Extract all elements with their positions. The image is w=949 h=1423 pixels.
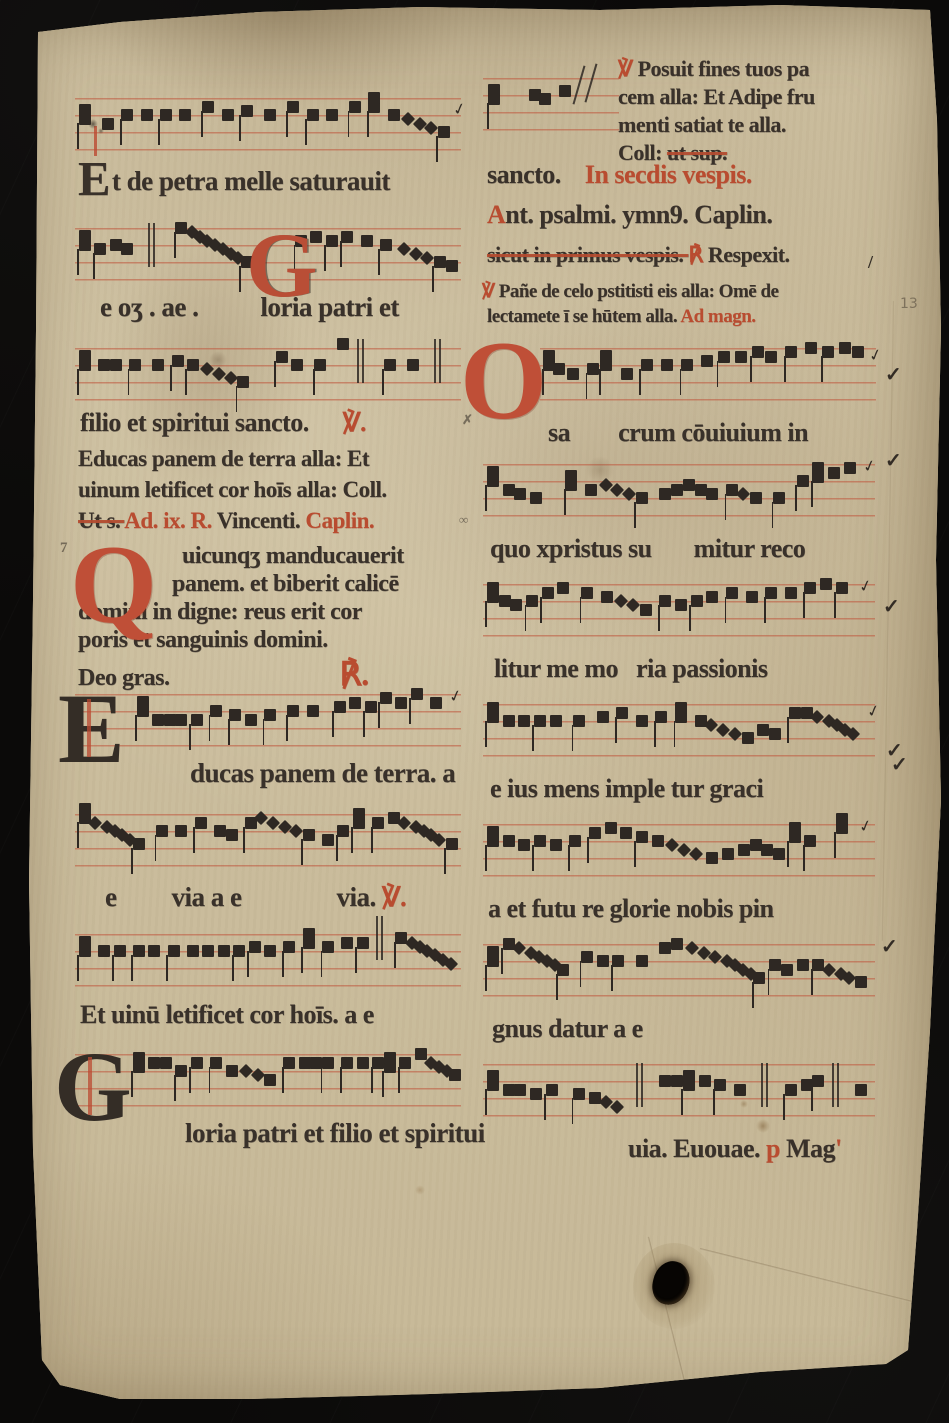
stain-spot-7: [586, 456, 614, 484]
music-staff-15: [483, 1056, 875, 1126]
text-segment: Et uinū letificet cor hoīs. a e: [80, 1000, 374, 1029]
text-segment: panem. et biberit calicē: [172, 571, 399, 597]
text-segment: ria passionis: [636, 654, 768, 683]
text-line-28: e ius mens imple tur graci: [490, 774, 763, 804]
music-staff-4: ✓: [75, 686, 461, 756]
staff-lines: [75, 98, 461, 151]
text-segment: ℟.: [339, 657, 368, 693]
text-segment: quo xpristus su: [490, 534, 652, 563]
text-line-8: panem. et biberit calicē: [172, 571, 399, 598]
text-segment: A: [487, 200, 505, 229]
text-segment: Caplin.: [305, 508, 374, 533]
staff-lines: [483, 78, 619, 131]
text-segment: ℣.: [343, 408, 366, 437]
initial-e-educas: E: [58, 688, 125, 770]
text-segment: cem alla: Et Adipe fru: [618, 84, 815, 109]
text-line-22: sicut in primus vespis. ℟ Respexit.: [487, 242, 790, 268]
text-line-1: Et de petra melle saturauit: [78, 166, 390, 197]
text-segment: e ius mens imple tur graci: [490, 774, 763, 803]
text-segment: uinum letificet cor hoīs alla: Coll.: [78, 477, 387, 502]
text-segment: ℣: [482, 281, 499, 302]
text-segment: a et futu re glorie nobis pin: [488, 894, 773, 923]
text-segment: sa: [548, 418, 570, 447]
text-segment: sancto.: [487, 160, 561, 189]
text-segment: sicut in primus vespis.: [487, 242, 688, 267]
margin-mark-5: ✓: [891, 752, 908, 777]
music-staff-1: ✓: [75, 90, 461, 160]
initial-g-gloria-2: G: [54, 1046, 132, 1128]
page-content: ✓✓✓✓✓✓✓Et de petra melle saturauite oʒ .…: [0, 0, 949, 1423]
text-segment: loria patri et filio et spiritui: [185, 1118, 485, 1148]
text-segment: crum cōuiuium in: [618, 418, 808, 447]
text-line-15: loria patri et filio et spiritui: [185, 1118, 485, 1149]
text-segment: via.: [336, 882, 382, 912]
text-segment: ducas panem de terra. a: [190, 758, 455, 788]
text-line-31: uia. Euouae. p Mag': [628, 1134, 842, 1164]
text-line-3: filio et spiritui sancto.℣.: [80, 408, 366, 438]
text-line-18: menti satiat te alla.: [618, 112, 786, 138]
text-segment: via a e: [171, 882, 241, 912]
stain-spot-4: [740, 1100, 748, 1108]
text-line-12: ducas panem de terra. a: [190, 758, 455, 789]
music-staff-11: ✓: [483, 576, 875, 646]
text-line-5: uinum letificet cor hoīs alla: Coll.: [78, 477, 387, 503]
margin-mark-9: ∞: [459, 512, 468, 528]
music-staff-7: [75, 1046, 461, 1116]
stain-spot-1: [88, 119, 98, 129]
text-line-4: Educas panem de terra alla: Et: [78, 446, 369, 472]
text-line-21: Ant. psalmi. ymn9. Caplin.: [487, 200, 772, 230]
text-line-20: sancto.In secdis vespis.: [487, 160, 752, 190]
initial-q-quicunque: Q: [70, 540, 157, 632]
text-line-7: uicunqʒ manducauerit: [182, 543, 404, 570]
text-segment: ℟: [688, 242, 708, 267]
staff-lines: [75, 348, 461, 401]
music-staff-8: [483, 70, 619, 140]
text-line-30: gnus datur a e: [492, 1014, 643, 1044]
manuscript-photo: ✓✓✓✓✓✓✓Et de petra melle saturauite oʒ .…: [0, 0, 949, 1423]
text-segment: ℣: [618, 56, 638, 81]
text-line-16: ℣ Posuit fines tuos pa: [618, 56, 809, 82]
text-segment: litur me mo: [494, 654, 618, 683]
text-line-29: a et futu re glorie nobis pin: [488, 894, 773, 924]
text-line-25: sacrum cōuiuium in: [548, 418, 808, 448]
initial-g-gloria: G: [246, 228, 318, 303]
margin-mark-1: ✓: [885, 362, 902, 387]
text-segment: ℣.: [382, 882, 406, 912]
text-segment: gnus datur a e: [492, 1014, 643, 1043]
music-staff-10: ✓: [483, 456, 875, 526]
margin-mark-7: /: [868, 252, 873, 273]
text-segment: menti satiat te alla.: [618, 112, 786, 137]
text-line-27: litur me moria passionis: [494, 654, 768, 684]
music-staff-12: ✓: [483, 696, 875, 766]
text-line-23: ℣ Pañe de celo pstitisti eis alla: Omē d…: [482, 280, 778, 303]
text-segment: p: [766, 1134, 786, 1163]
text-line-17: cem alla: Et Adipe fru: [618, 84, 815, 110]
stain-spot-5: [415, 1185, 425, 1195]
music-staff-9: ✓: [540, 340, 876, 410]
music-staff-14: [483, 936, 875, 1006]
text-line-26: quo xpristus sumitur reco: [490, 534, 805, 564]
text-segment: Educas panem de terra alla: Et: [78, 446, 369, 471]
text-segment: Pañe de celo pstitisti eis alla: Omē de: [499, 281, 779, 302]
text-segment: t de petra melle saturauit: [112, 166, 390, 196]
text-segment: Mag: [786, 1134, 835, 1163]
music-staff-5: [75, 806, 461, 876]
text-segment: filio et spiritui sancto.: [80, 408, 309, 437]
text-segment: e: [105, 882, 116, 912]
text-segment: In secdis vespis.: [585, 160, 752, 189]
text-line-14: Et uinū letificet cor hoīs. a e: [80, 1000, 374, 1030]
margin-mark-3: ✓: [883, 594, 900, 619]
music-staff-13: ✓: [483, 816, 875, 886]
margin-mark-8: ✗: [462, 412, 473, 428]
text-line-13: evia a evia. ℣.: [105, 882, 406, 913]
text-segment: Respexit.: [708, 242, 790, 267]
parchment-leaf: ✓✓✓✓✓✓✓Et de petra melle saturauite oʒ .…: [0, 0, 949, 1423]
text-segment: uicunqʒ manducauerit: [182, 543, 404, 569]
text-segment: uia. Euouae.: [628, 1134, 766, 1163]
margin-mark-6: ✓: [881, 934, 898, 959]
stain-spot-3: [756, 1119, 770, 1133]
text-segment: Ad magn.: [680, 306, 755, 327]
stain-spot-6: [209, 351, 227, 369]
text-segment: ': [835, 1134, 842, 1163]
text-segment: E: [78, 152, 112, 206]
stain-spot-2: [98, 128, 104, 134]
margin-mark-10: 7: [60, 540, 68, 557]
margin-mark-11: 13: [900, 296, 918, 312]
music-staff-3: [75, 340, 461, 410]
text-segment: mitur reco: [694, 534, 806, 563]
text-segment: Posuit fines tuos pa: [638, 56, 810, 81]
text-segment: e oʒ . ae .: [100, 292, 198, 322]
margin-mark-2: ✓: [885, 448, 902, 473]
initial-o-sacrum: O: [460, 336, 547, 428]
music-staff-6: [75, 926, 461, 996]
text-segment: Vincenti.: [217, 508, 306, 533]
text-segment: nt. psalmi. ymn9. Caplin.: [505, 200, 772, 229]
